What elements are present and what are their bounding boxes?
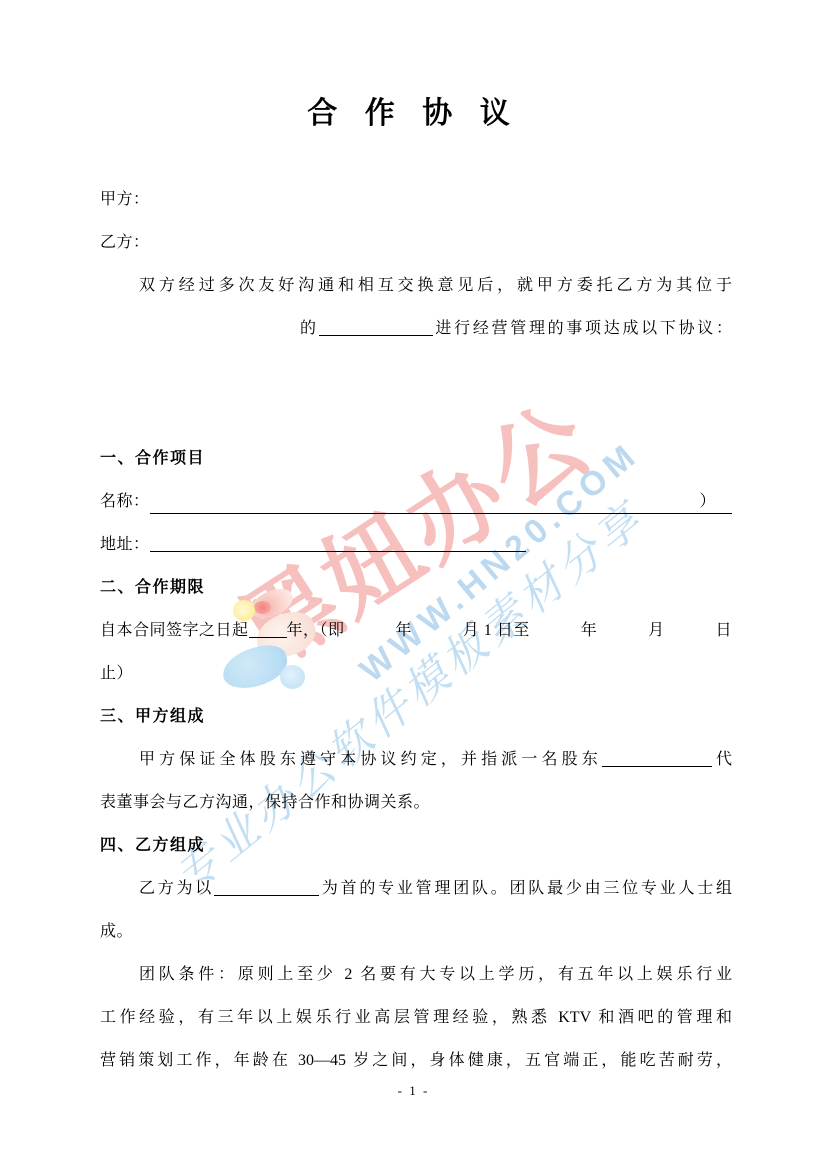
team-conditions-text-2: 工作经验，有三年以上娱乐行业高层管理经验，熟悉 KTV 和酒吧的管理和 bbox=[100, 1009, 732, 1026]
project-address-blank[interactable] bbox=[150, 537, 526, 552]
intro-line2-suffix: 进行经营管理的事项达成以下协议： bbox=[433, 320, 732, 337]
party-b-composition-end: 成。 bbox=[100, 923, 133, 940]
section-4-heading: 四、乙方组成 bbox=[100, 835, 732, 861]
party-b-composition-suffix: 为首的专业管理团队。团队最少由三位专业人士组 bbox=[319, 880, 732, 897]
intro-text-1: 双方经过多次友好沟通和相互交换意见后，就甲方委托乙方为其位于 bbox=[139, 277, 732, 294]
party-a-line: 甲方： bbox=[100, 189, 732, 215]
intro-line2-prefix: 的 bbox=[300, 320, 319, 337]
document-content: 合 作 协 议 甲方： 乙方： 双方经过多次友好沟通和相互交换意见后，就甲方委托… bbox=[0, 0, 827, 1169]
term-year-to: 年 bbox=[581, 620, 598, 642]
term-prefix: 自本合同签字之日起 bbox=[100, 622, 249, 639]
party-a-composition-text-2: 表董事会与乙方沟通，保持合作和协调关系。 bbox=[100, 794, 430, 811]
team-conditions-line-3: 营销策划工作，年龄在 30—45 岁之间，身体健康，五官端正，能吃苦耐劳， bbox=[100, 1050, 732, 1076]
party-a-composition-line-1: 甲方保证全体股东遵守本协议约定，并指派一名股东代 bbox=[100, 749, 732, 775]
team-conditions-line-1: 团队条件：原则上至少 2 名要有大专以上学历，有五年以上娱乐行业 bbox=[100, 964, 732, 990]
term-day-to: 日 bbox=[715, 620, 732, 642]
project-name-blank[interactable]: ） bbox=[150, 491, 732, 514]
team-conditions-line-2: 工作经验，有三年以上娱乐行业高层管理经验，熟悉 KTV 和酒吧的管理和 bbox=[100, 1007, 732, 1033]
intro-line-2: 的进行经营管理的事项达成以下协议： bbox=[100, 318, 732, 344]
party-a-composition-tail: 代 bbox=[712, 751, 732, 768]
party-b-label: 乙方： bbox=[100, 234, 150, 251]
project-address-label: 地址： bbox=[100, 534, 150, 556]
party-b-composition-line-1: 乙方为以为首的专业管理团队。团队最少由三位专业人士组 bbox=[100, 878, 732, 904]
party-a-composition-line-2: 表董事会与乙方沟通，保持合作和协调关系。 bbox=[100, 792, 732, 818]
team-conditions-text-1: 团队条件：原则上至少 2 名要有大专以上学历，有五年以上娱乐行业 bbox=[139, 966, 732, 983]
term-close: 止） bbox=[100, 665, 133, 682]
party-b-line: 乙方： bbox=[100, 232, 732, 258]
close-paren: ） bbox=[699, 493, 716, 510]
document-title: 合 作 协 议 bbox=[0, 88, 827, 132]
party-a-composition-text: 甲方保证全体股东遵守本协议约定，并指派一名股东 bbox=[139, 751, 602, 768]
party-a-label: 甲方： bbox=[100, 191, 150, 208]
party-b-composition-prefix: 乙方为以 bbox=[139, 880, 214, 897]
party-b-composition-line-2: 成。 bbox=[100, 921, 732, 947]
team-leader-blank[interactable] bbox=[214, 881, 319, 896]
page-number: - 1 - bbox=[0, 1083, 827, 1099]
term-month-to: 月 bbox=[648, 620, 665, 642]
team-conditions-text-3: 营销策划工作，年龄在 30—45 岁之间，身体健康，五官端正，能吃苦耐劳， bbox=[100, 1052, 732, 1069]
term-prefix-group: 自本合同签字之日起年，（即 bbox=[100, 620, 345, 642]
term-years-blank[interactable] bbox=[249, 623, 287, 638]
term-after-blank: 年，（即 bbox=[287, 622, 345, 639]
section-3-heading: 三、甲方组成 bbox=[100, 706, 732, 732]
term-line-1: 自本合同签字之日起年，（即 年 月 1 日至 年 月 日 bbox=[100, 620, 732, 646]
project-name-label: 名称： bbox=[100, 491, 150, 513]
section-1-heading: 一、合作项目 bbox=[100, 448, 732, 474]
term-line-2: 止） bbox=[100, 663, 732, 689]
term-year-from: 年 bbox=[395, 620, 412, 642]
shareholder-name-blank[interactable] bbox=[602, 752, 712, 767]
project-address-line: 地址： bbox=[100, 534, 732, 560]
contract-page: 黑妞办公 WWW.HN20.COM 专业办公软件模板素材分享 合 作 协 议 甲… bbox=[0, 0, 827, 1169]
section-2-heading: 二、合作期限 bbox=[100, 577, 732, 603]
term-month-day-from: 月 1 日至 bbox=[463, 620, 530, 642]
location-blank[interactable] bbox=[319, 321, 433, 336]
intro-line-1: 双方经过多次友好沟通和相互交换意见后，就甲方委托乙方为其位于 bbox=[100, 275, 732, 301]
project-name-line: 名称： ） bbox=[100, 491, 732, 517]
